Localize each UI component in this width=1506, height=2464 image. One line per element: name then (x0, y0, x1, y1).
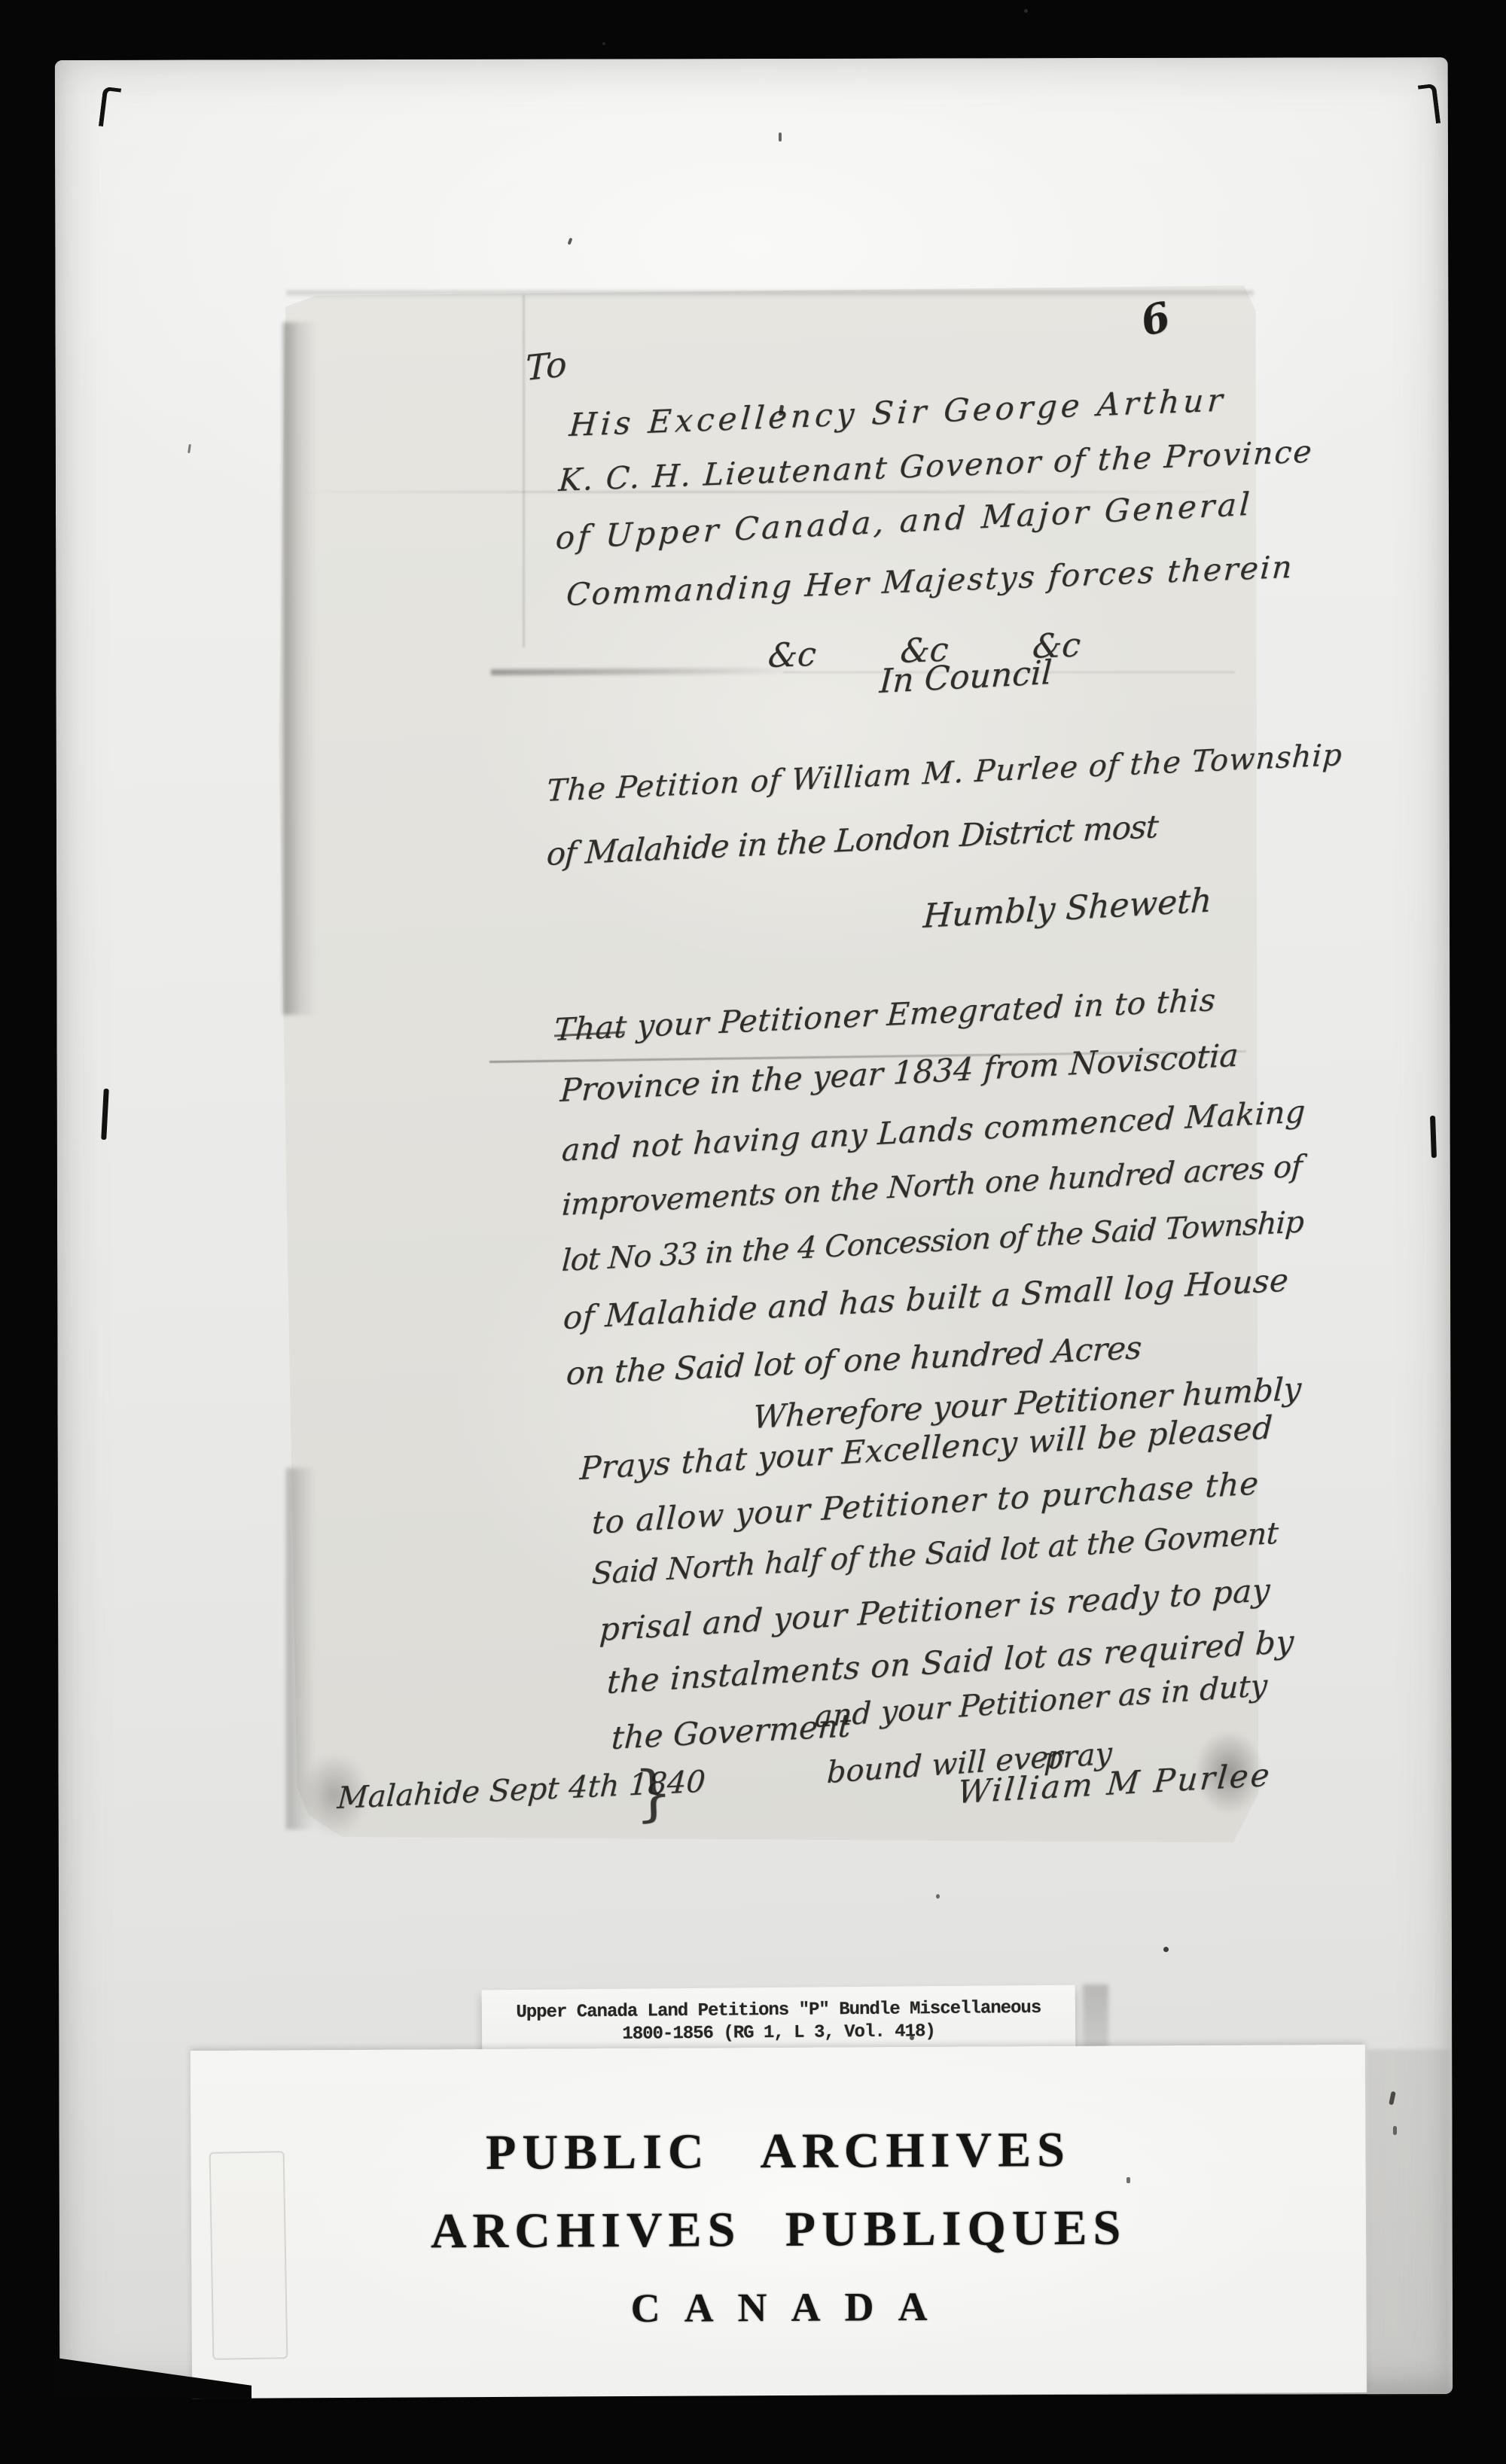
archives-card-line3: CANADA (191, 2281, 1366, 2334)
microfilm-scan: 6 To His Excellency Sir George Arthur K.… (0, 0, 1506, 2464)
archives-card-line2: ARCHIVES PUBLIQUES (191, 2198, 1366, 2261)
paper-top-edge-shadow (286, 291, 1254, 298)
archives-card-line1: PUBLIC ARCHIVES (191, 2120, 1365, 2183)
date-bracket-mark: } (633, 1757, 673, 1829)
tape-ghost-mark (209, 2151, 288, 2360)
fold-line-vertical (523, 295, 525, 647)
manuscript-line: To (526, 343, 567, 388)
speck (910, 2036, 914, 2040)
speck (1126, 2177, 1130, 2183)
film-right-of-card (1367, 2049, 1449, 2394)
speck (936, 1894, 940, 1899)
speck (946, 766, 949, 775)
speck (602, 42, 605, 45)
speck (1163, 1947, 1169, 1952)
label-strip-line1: Upper Canada Land Petitions "P" Bundle M… (482, 1985, 1075, 2025)
speck (1024, 9, 1028, 13)
public-archives-card: PUBLIC ARCHIVES ARCHIVES PUBLIQUES CANAD… (191, 2045, 1367, 2399)
speck (779, 132, 782, 142)
dirt-streak-2 (1393, 2126, 1397, 2135)
stain-left-edge (283, 322, 316, 1015)
